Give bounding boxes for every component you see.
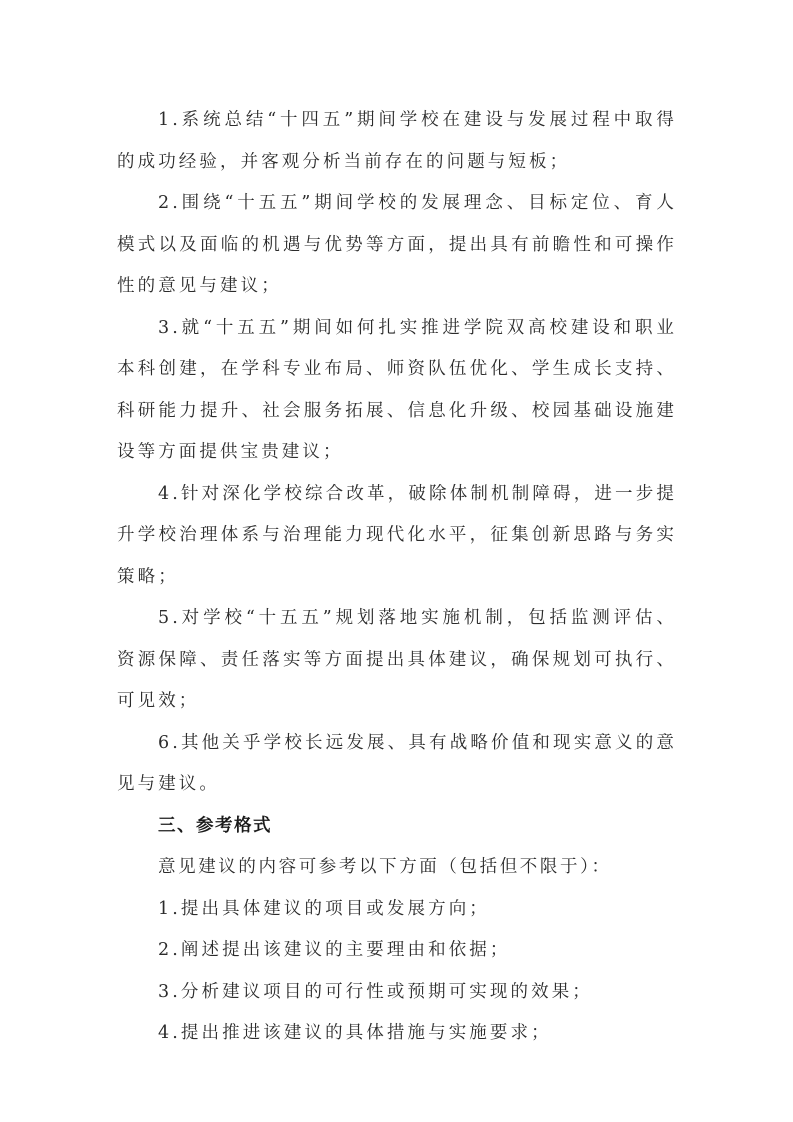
- section-heading-reference-format: 三、参考格式: [117, 806, 677, 848]
- document-page: 1.系统总结“十四五”期间学校在建设与发展过程中取得的成功经验，并客观分析当前存…: [117, 100, 677, 1055]
- suggestion-item-4: 4.针对深化学校综合改革，破除体制机制障碍，进一步提升学校治理体系与治理能力现代…: [117, 474, 677, 599]
- reference-item-2: 2.阐述提出该建议的主要理由和依据；: [117, 930, 677, 972]
- suggestion-item-6: 6.其他关乎学校长远发展、具有战略价值和现实意义的意见与建议。: [117, 723, 677, 806]
- reference-item-3: 3.分析建议项目的可行性或预期可实现的效果；: [117, 972, 677, 1014]
- reference-item-4: 4.提出推进该建议的具体措施与实施要求；: [117, 1013, 677, 1055]
- suggestion-item-2: 2.围绕“十五五”期间学校的发展理念、目标定位、育人模式以及面临的机遇与优势等方…: [117, 183, 677, 308]
- reference-item-1: 1.提出具体建议的项目或发展方向；: [117, 889, 677, 931]
- reference-format-intro: 意见建议的内容可参考以下方面（包括但不限于）：: [117, 847, 677, 889]
- suggestion-item-5: 5.对学校“十五五”规划落地实施机制，包括监测评估、资源保障、责任落实等方面提出…: [117, 598, 677, 723]
- suggestion-item-1: 1.系统总结“十四五”期间学校在建设与发展过程中取得的成功经验，并客观分析当前存…: [117, 100, 677, 183]
- suggestion-item-3: 3.就“十五五”期间如何扎实推进学院双高校建设和职业本科创建，在学科专业布局、师…: [117, 308, 677, 474]
